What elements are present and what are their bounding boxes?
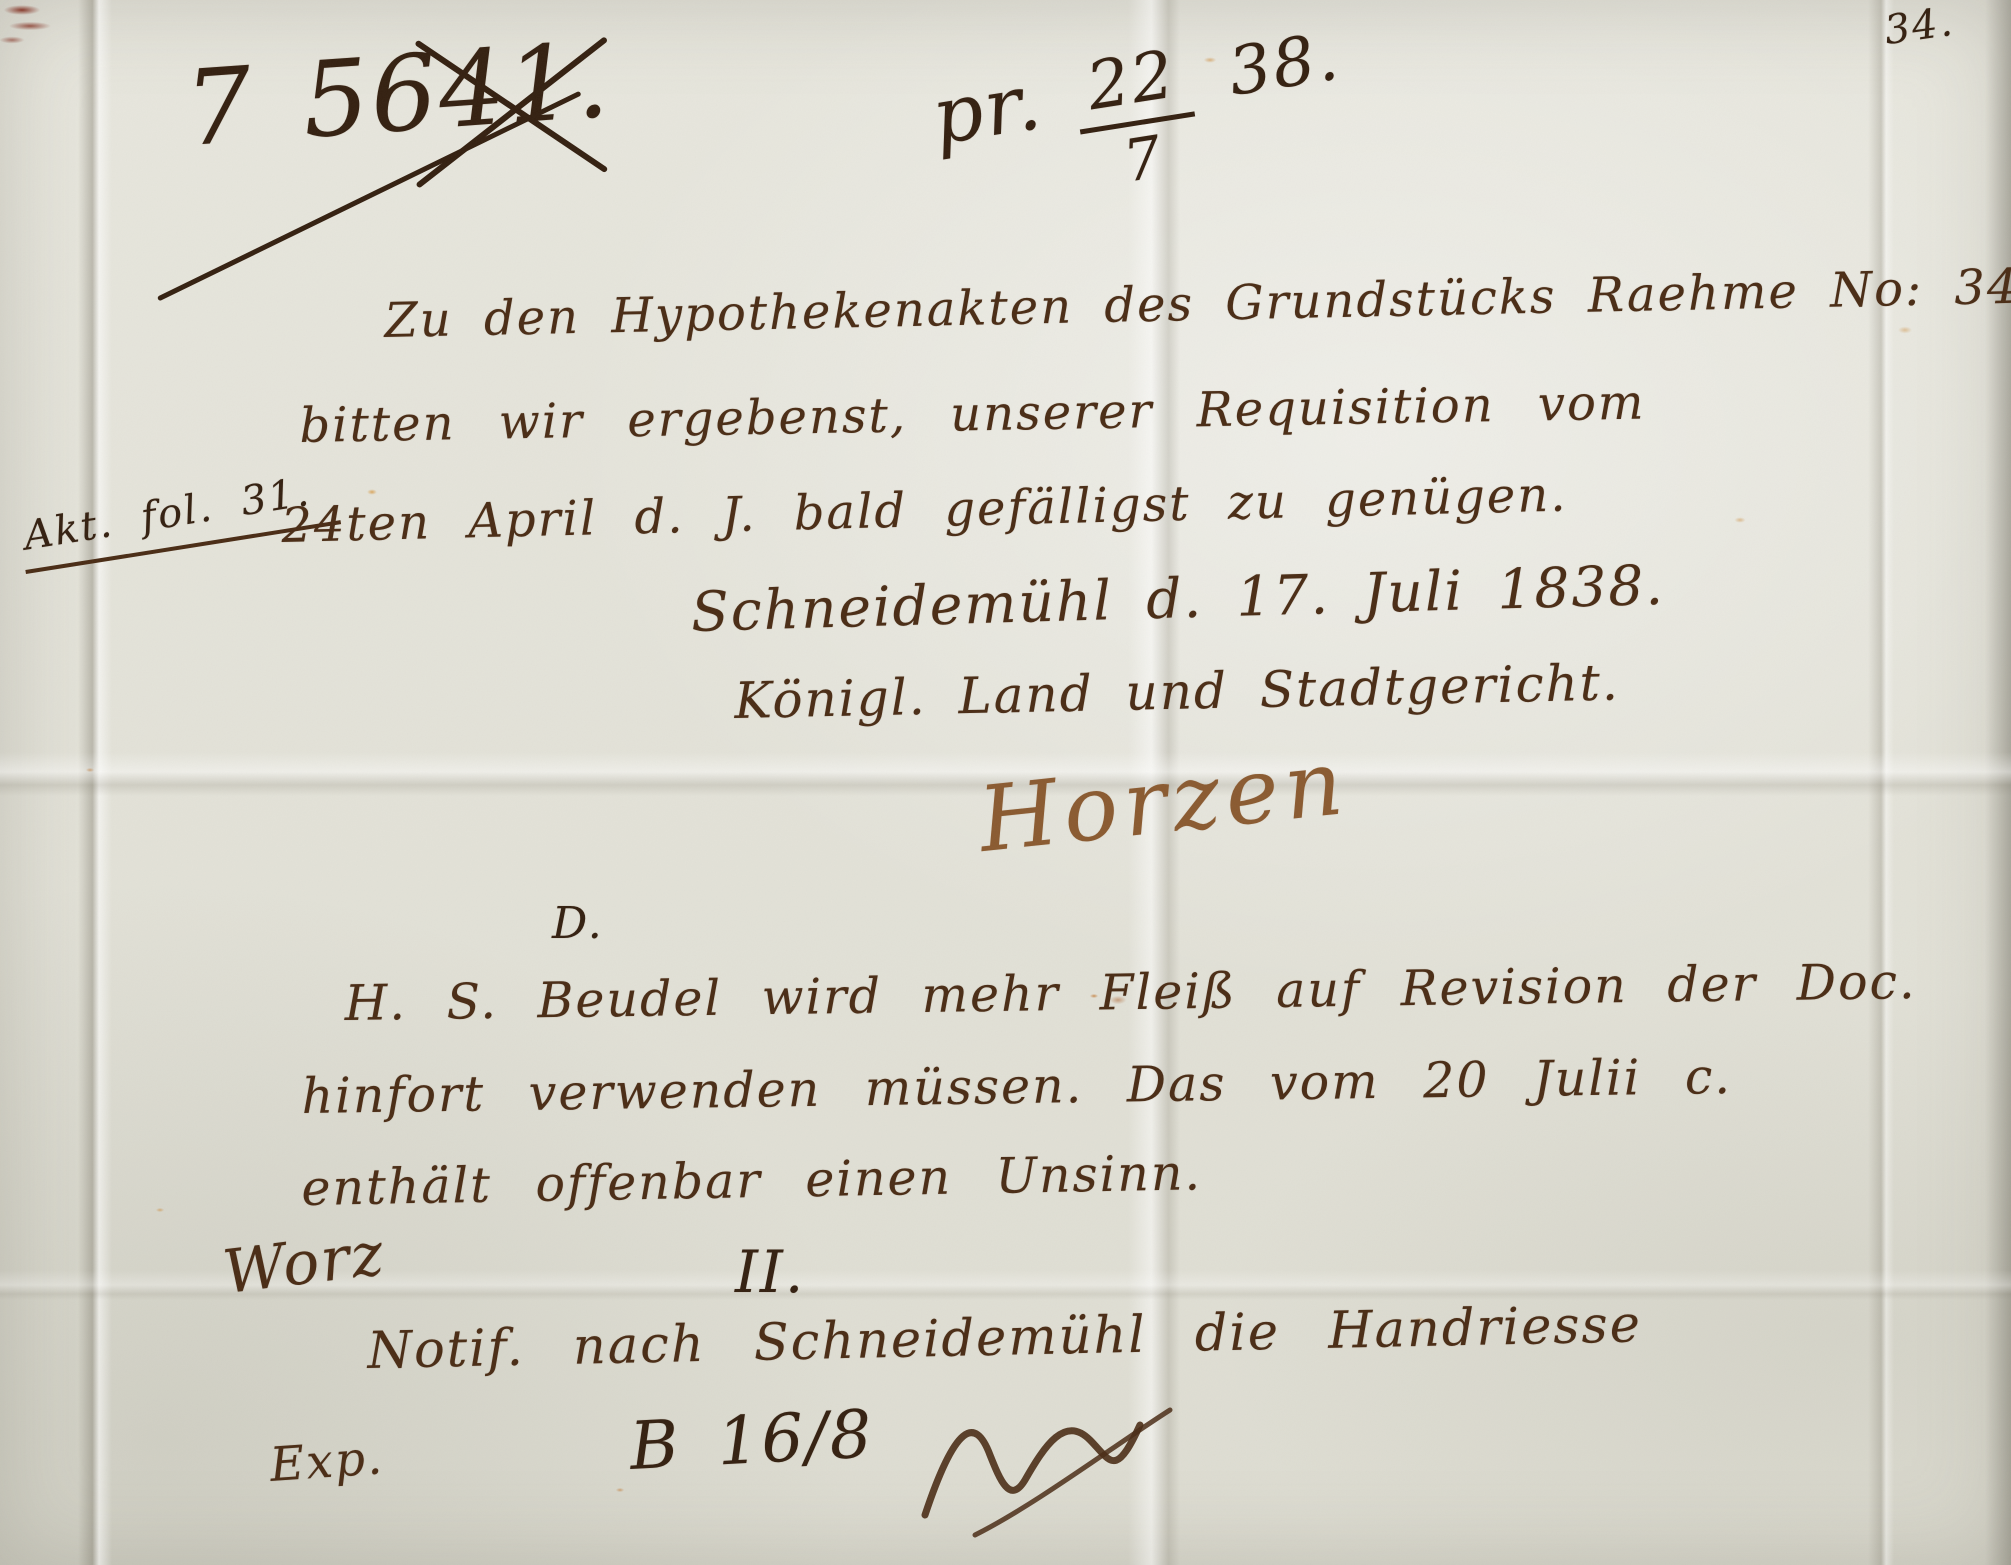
letter-line-3: 24ten April d. J. bald gefälligst zu gen… bbox=[281, 467, 1568, 554]
roman-numeral: II. bbox=[735, 1238, 805, 1306]
folio-number: 34. bbox=[1882, 0, 1957, 54]
page-edge-right bbox=[1985, 0, 2011, 1565]
letter-page: 34. 7 5641. pr. 22 7 38. Akt. fol. 31. Z… bbox=[0, 0, 2011, 1565]
presentation-year: 38. bbox=[1223, 18, 1345, 111]
registry-number-text: 7 5641. bbox=[181, 19, 613, 170]
judge-signature: Horzen bbox=[974, 730, 1353, 873]
notification-line: Notif. nach Schneidemühl die Handriesse bbox=[367, 1295, 1643, 1381]
presentation-day-month-fraction: 22 7 bbox=[1068, 33, 1206, 201]
corner-ink-smudge bbox=[0, 0, 80, 52]
decree-heading: D. bbox=[552, 898, 604, 949]
expedition-label: Exp. bbox=[268, 1430, 385, 1493]
presentation-prefix: pr. bbox=[926, 57, 1048, 163]
registry-number-cancelled: 7 5641. bbox=[181, 19, 613, 170]
dispatch-date-code: B 16/8 bbox=[628, 1395, 875, 1485]
decree-line-2: hinfort verwenden müssen. Das vom 20 Jul… bbox=[301, 1048, 1732, 1125]
clerk-signature-worz: Worz bbox=[219, 1219, 388, 1308]
presentation-date: pr. 22 7 38. bbox=[926, 10, 1355, 224]
court-name-line: Königl. Land und Stadtgericht. bbox=[734, 653, 1620, 730]
place-date-line: Schneidemühl d. 17. Juli 1838. bbox=[690, 553, 1665, 644]
paraph-flourish-icon bbox=[915, 1385, 1215, 1545]
fold-crease-left bbox=[78, 0, 112, 1565]
letter-line-1: Zu den Hypothekenakten des Grundstücks R… bbox=[384, 259, 2011, 349]
decree-line-3: enthält offenbar einen Unsinn. bbox=[301, 1144, 1202, 1217]
decree-line-1: H. S. Beudel wird mehr Fleiß auf Revisio… bbox=[344, 953, 1917, 1032]
letter-line-2: bitten wir ergebenst, unserer Requisitio… bbox=[299, 375, 1646, 454]
fold-crease-right bbox=[1868, 0, 1894, 1565]
